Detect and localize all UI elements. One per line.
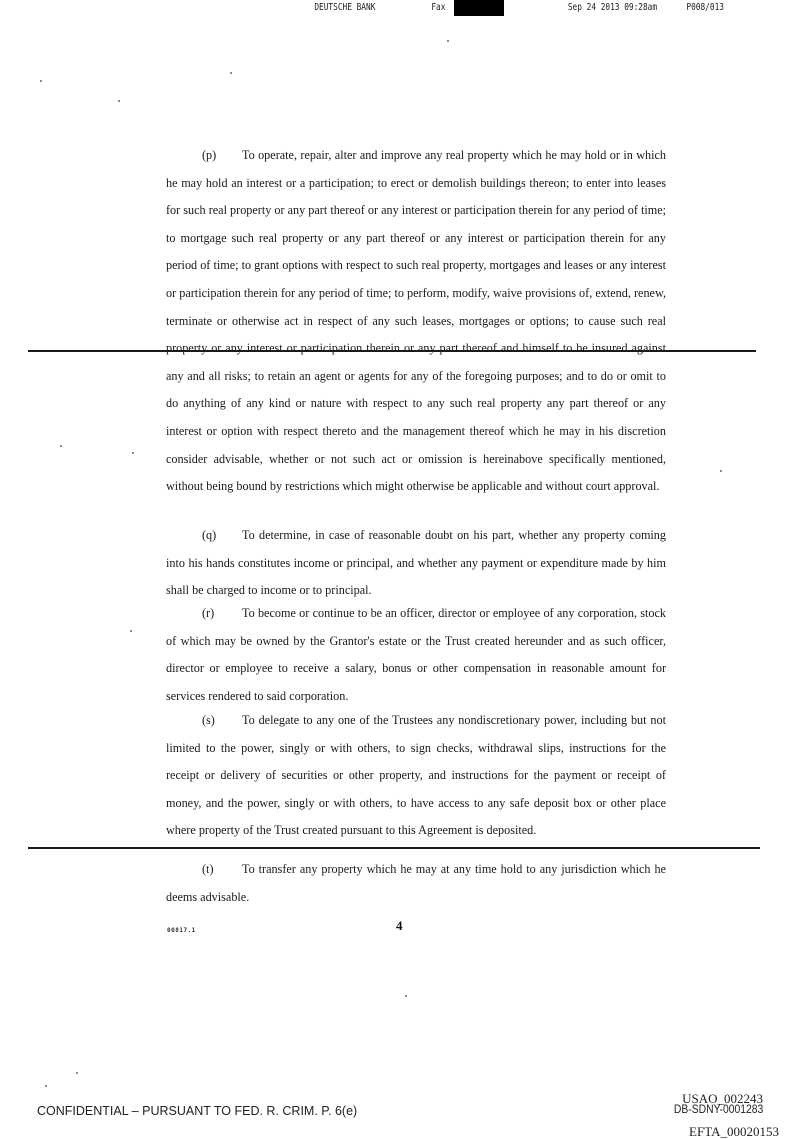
paragraph-label: (s): [202, 707, 242, 735]
fax-label: Fax: [431, 2, 445, 13]
scan-speck: [118, 100, 120, 102]
paragraph-label: (p): [202, 142, 242, 170]
paragraph-s: (s)To delegate to any one of the Trustee…: [166, 707, 666, 845]
paragraph-t: (t)To transfer any property which he may…: [166, 856, 666, 911]
fax-timestamp: Sep 24 2013 09:28am: [568, 2, 657, 13]
paragraph-label: (q): [202, 522, 242, 550]
scan-speck: [45, 1085, 47, 1087]
page-number: 4: [396, 918, 403, 934]
bates-efta: EFTA_00020153: [689, 1124, 779, 1139]
paragraph-label: (r): [202, 600, 242, 628]
paragraph-label: (t): [202, 856, 242, 884]
paragraph-q: (q)To determine, in case of reasonable d…: [166, 522, 666, 605]
confidential-notice: CONFIDENTIAL – PURSUANT TO FED. R. CRIM.…: [37, 1104, 357, 1118]
scan-speck: [40, 80, 42, 82]
redaction-box: [454, 0, 504, 16]
scan-speck: [230, 72, 232, 74]
scan-speck: [130, 630, 132, 632]
scan-speck: [132, 452, 134, 454]
fax-header: DEUTSCHE BANK Fax Sep 24 2013 09:28am P0…: [0, 0, 619, 18]
horizontal-rule: [28, 847, 760, 849]
document-code: 00817.1: [167, 927, 196, 934]
horizontal-rule: [28, 350, 756, 352]
paragraph-r: (r)To become or continue to be an office…: [166, 600, 666, 710]
bates-db: DB-SDNY-0001283: [674, 1104, 763, 1116]
scan-speck: [405, 995, 407, 997]
scan-speck: [720, 470, 722, 472]
paragraph-p: (p)To operate, repair, alter and improve…: [166, 142, 666, 501]
paragraph-text: To operate, repair, alter and improve an…: [166, 148, 666, 493]
bates-usao: USAO_002243: [682, 1093, 763, 1104]
scan-speck: [76, 1072, 78, 1074]
scan-speck: [447, 40, 449, 42]
fax-sender: DEUTSCHE BANK: [314, 2, 375, 13]
scan-speck: [60, 445, 62, 447]
fax-page: P008/013: [686, 2, 724, 13]
